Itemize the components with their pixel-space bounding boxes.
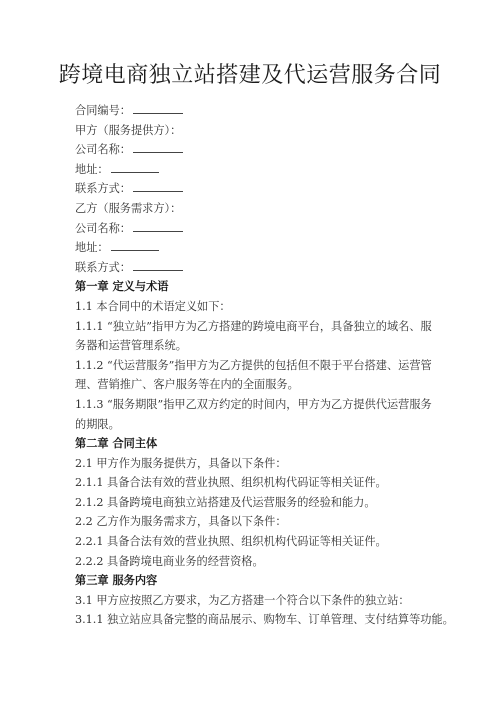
clause-2-1-1: 2.1.1 具备合法有效的营业执照、组织机构代码证等相关证件。 <box>75 473 435 493</box>
blank-line <box>133 181 183 192</box>
field-label: 地址： <box>75 241 109 254</box>
document-title: 跨境电商独立站搭建及代运营服务合同 <box>0 58 500 89</box>
clause-1-1-1: 1.1.1 “独立站”指甲方为乙方搭建的跨境电商平台，具备独立的域名、服务器和运… <box>75 317 435 356</box>
field-party-a-company: 公司名称： <box>75 140 435 160</box>
chapter-3-heading: 第三章 服务内容 <box>75 571 435 591</box>
document-page: 跨境电商独立站搭建及代运营服务合同 合同编号： 甲方（服务提供方）： 公司名称：… <box>0 0 500 707</box>
blank-line <box>133 142 183 153</box>
clause-2-2: 2.2 乙方作为服务需求方，具备以下条件： <box>75 512 435 532</box>
blank-line <box>133 103 183 114</box>
field-label: 公司名称： <box>75 143 131 156</box>
clause-1-1-3: 1.1.3 “服务期限”指甲乙双方约定的时间内，甲方为乙方提供代运营服务的期限。 <box>75 395 435 434</box>
clause-2-2-1: 2.2.1 具备合法有效的营业执照、组织机构代码证等相关证件。 <box>75 532 435 552</box>
field-party-a-contact: 联系方式： <box>75 179 435 199</box>
field-label: 公司名称： <box>75 222 131 235</box>
document-body: 合同编号： 甲方（服务提供方）： 公司名称： 地址： 联系方式： 乙方（服务需求… <box>75 101 435 630</box>
field-label: 联系方式： <box>75 182 131 195</box>
clause-2-2-2: 2.2.2 具备跨境电商业务的经营资格。 <box>75 552 435 572</box>
field-party-b: 乙方（服务需求方）： <box>75 199 435 219</box>
field-label: 甲方（服务提供方）： <box>75 124 181 137</box>
blank-line <box>111 240 159 251</box>
field-party-a-address: 地址： <box>75 160 435 180</box>
clause-2-1: 2.1 甲方作为服务提供方，具备以下条件： <box>75 454 435 474</box>
blank-line <box>133 260 183 271</box>
blank-line <box>111 162 159 173</box>
clause-3-1-1: 3.1.1 独立站应具备完整的商品展示、购物车、订单管理、支付结算等功能。 <box>75 610 435 630</box>
field-contract-number: 合同编号： <box>75 101 435 121</box>
field-label: 乙方（服务需求方）： <box>75 202 181 215</box>
clause-2-1-2: 2.1.2 具备跨境电商独立站搭建及代运营服务的经验和能力。 <box>75 493 435 513</box>
blank-line <box>133 221 183 232</box>
chapter-1-heading: 第一章 定义与术语 <box>75 277 435 297</box>
clause-3-1: 3.1 甲方应按照乙方要求，为乙方搭建一个符合以下条件的独立站： <box>75 591 435 611</box>
clause-1-1: 1.1 本合同中的术语定义如下： <box>75 297 435 317</box>
field-party-b-address: 地址： <box>75 238 435 258</box>
field-label: 联系方式： <box>75 261 131 274</box>
field-party-b-company: 公司名称： <box>75 219 435 239</box>
field-party-a: 甲方（服务提供方）： <box>75 121 435 141</box>
field-label: 合同编号： <box>75 104 131 117</box>
chapter-2-heading: 第二章 合同主体 <box>75 434 435 454</box>
field-party-b-contact: 联系方式： <box>75 258 435 278</box>
field-label: 地址： <box>75 163 109 176</box>
clause-1-1-2: 1.1.2 “代运营服务”指甲方为乙方提供的包括但不限于平台搭建、运营管理、营销… <box>75 356 435 395</box>
